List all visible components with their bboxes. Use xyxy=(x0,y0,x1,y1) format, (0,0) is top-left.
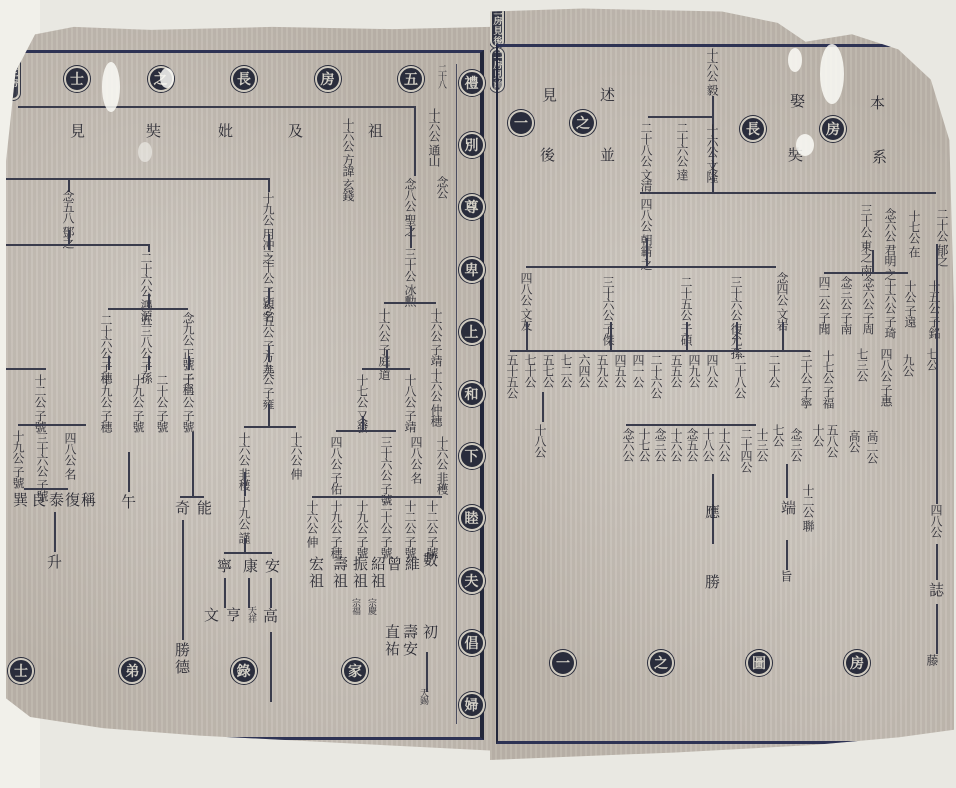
connector-line xyxy=(192,432,194,496)
genealogy-node: 十六公 伸 xyxy=(290,432,302,479)
genealogy-node: 三十六公 子號 xyxy=(36,432,48,501)
genealogy-node: 十九公 謹 xyxy=(238,496,250,543)
genealogy-node: 二十公 郁之 xyxy=(936,208,948,266)
connector-line xyxy=(872,250,874,272)
connector-line xyxy=(244,426,296,428)
paper-damage xyxy=(138,142,152,162)
header-char: 妣 xyxy=(218,124,235,139)
leaf-name: 振祖 xyxy=(352,556,367,590)
generation-node: 四八公 xyxy=(706,354,718,387)
leaf-name: 宗慶 xyxy=(366,598,375,614)
genealogy-node: 三十六公 子號 xyxy=(380,436,392,505)
paper-damage xyxy=(820,44,844,104)
genealogy-node: 十六公 子琦 xyxy=(884,280,896,338)
genealogy-node: 四八公 名 xyxy=(410,436,422,483)
paper-damage xyxy=(796,134,814,156)
seal-glyph: 別 xyxy=(459,132,485,158)
generation-node: 二十八公 xyxy=(734,354,746,398)
leaf-name: 康 xyxy=(242,558,257,575)
connector-line xyxy=(362,368,410,370)
right-bottom-seals: 一 之 圖 房 xyxy=(550,650,870,676)
leaf-name: 旨 xyxy=(780,570,792,581)
generation-node: 念五公 xyxy=(686,428,698,461)
leaf-name: 能 xyxy=(196,500,211,517)
connector-line xyxy=(384,302,436,304)
connector-line xyxy=(936,604,938,654)
leaf-name: 壽祖 xyxy=(332,556,347,590)
connector-line xyxy=(24,488,68,490)
genealogy-node: 十七公 在 xyxy=(908,210,920,257)
seal-glyph: 下 xyxy=(459,443,485,469)
paper-damage xyxy=(160,68,174,88)
connector-line xyxy=(362,416,364,430)
generation-node: 十三公 xyxy=(756,428,768,461)
connector-line xyxy=(782,322,784,350)
generation-node: 十八公 xyxy=(702,428,714,461)
connector-line xyxy=(268,288,270,304)
generation-node: 十七公 子福 xyxy=(822,350,834,408)
leaf-name: 升 xyxy=(46,554,61,571)
genealogy-node: 十六公 非穫 xyxy=(436,436,448,494)
generation-node: 念三公 xyxy=(790,428,802,461)
leaf-name: 十八公 xyxy=(534,424,546,457)
generation-node: 十七公 xyxy=(638,428,650,461)
connector-line xyxy=(148,244,150,252)
genealogy-node: 十九公 子號 xyxy=(132,374,144,432)
seal-glyph: 弟 xyxy=(119,658,145,684)
generation-node: 十六公 xyxy=(718,428,730,461)
generation-node: 四一公 xyxy=(632,354,644,387)
connector-line xyxy=(108,356,110,370)
connector-line xyxy=(526,266,776,268)
generation-node: 五七公 xyxy=(542,354,554,387)
header-char: 及 xyxy=(288,124,305,139)
generation-node: 五九公 xyxy=(596,354,608,387)
connector-line xyxy=(248,578,250,608)
connector-line xyxy=(18,106,414,108)
genealogy-node: 十六公 子靖 xyxy=(430,308,442,366)
header-char: 本 xyxy=(870,96,887,111)
genealogy-node: 十六公 通山 xyxy=(428,108,440,166)
genealogy-node: 十九公 子號 xyxy=(12,430,24,488)
connector-line xyxy=(268,404,270,426)
genealogy-node: 三十公 東之 南 xyxy=(860,204,872,276)
genealogy-node: 十公 子遠 xyxy=(904,280,916,327)
leaf-name: 亨 xyxy=(226,608,243,623)
seal-glyph: 一 xyxy=(508,110,534,136)
generation-node: 五五公 xyxy=(670,354,682,387)
header-char: 奘 xyxy=(146,124,163,139)
connector-line xyxy=(6,244,148,246)
genealogy-node: 五三八公 子孫 xyxy=(140,314,152,383)
connector-line xyxy=(410,226,412,248)
connector-line xyxy=(414,106,416,176)
header-char: 後 xyxy=(540,148,557,163)
generation-node: 十六公 xyxy=(670,428,682,461)
connector-line xyxy=(268,234,270,250)
seal-glyph: 士 xyxy=(8,658,34,684)
connector-line xyxy=(224,552,272,554)
seal-glyph: 房 xyxy=(820,116,846,142)
seal-glyph: 錄 xyxy=(231,658,257,684)
leaf-name: 誌 xyxy=(928,582,943,599)
generation-node: 五十五公 xyxy=(506,354,518,398)
genealogy-node: 三十六公 子傑 xyxy=(602,276,614,345)
generation-node: 念三公 xyxy=(654,428,666,461)
connector-line xyxy=(786,464,788,498)
seal-glyph: 長 xyxy=(740,116,766,142)
generation-node: 七十公 xyxy=(524,354,536,387)
leaf-name: 四八公 xyxy=(930,504,942,537)
header-char: 見 xyxy=(542,88,559,103)
generation-node: 高二公 xyxy=(866,430,878,463)
genealogy-node: 念六公 子周 xyxy=(862,276,874,334)
genealogy-node: 二十公 子號 xyxy=(380,500,392,558)
connector-line xyxy=(180,496,204,498)
seal-glyph: 和 xyxy=(459,381,485,407)
generation-node: 七三公 xyxy=(856,348,868,381)
connector-line xyxy=(244,538,246,552)
genealogy-node: 十六公 伸 xyxy=(306,500,318,547)
leaf-name: 壽安 xyxy=(402,624,417,658)
seal-glyph: 之 xyxy=(570,110,596,136)
generation-node: 四九公 xyxy=(688,354,700,387)
connector-line xyxy=(68,230,70,244)
header-char: 述 xyxy=(600,88,617,103)
genealogy-node: 十二公 子號 xyxy=(426,500,438,558)
generation-node: 高公 xyxy=(848,430,860,452)
leaf-name: 復 xyxy=(64,492,79,509)
generation-node: 四八公 子惠 xyxy=(880,348,892,406)
connector-line xyxy=(786,540,788,570)
generation-node: 二十公 xyxy=(768,354,780,387)
leaf-name: 午 xyxy=(120,494,135,511)
header-char: 見 xyxy=(70,124,87,139)
header-char: 娶 xyxy=(790,94,807,109)
connector-line xyxy=(270,578,272,608)
leaf-name: 奇 xyxy=(174,500,189,517)
leaf-name: 巽 xyxy=(12,492,27,509)
connector-line xyxy=(824,272,908,274)
left-page: 士 之 長 房 五 二十八 見 奘 妣 及 祖 長房 十六公 通山 十六公 方諱… xyxy=(6,12,490,758)
connector-line xyxy=(268,178,270,192)
connector-line xyxy=(936,244,938,504)
seal-glyph: 圖 xyxy=(746,650,772,676)
genealogy-node: 十二公 子號 xyxy=(404,500,416,558)
header-char: 並 xyxy=(600,148,617,163)
seal-glyph: 房 xyxy=(315,66,341,92)
paper-damage xyxy=(788,48,802,72)
seal-glyph: 上 xyxy=(459,319,485,345)
connector-line xyxy=(646,238,648,266)
leaf-name: 直祐 xyxy=(384,624,399,658)
connector-line xyxy=(268,346,270,362)
leaf-name: 數 xyxy=(422,552,437,569)
genealogy-node: 九公 子雍 xyxy=(262,362,274,409)
genealogy-node: 二十六公 鴻源 xyxy=(140,252,152,321)
genealogy-node: 十六公 仲穗 xyxy=(430,368,442,426)
genealogy-node: 十九公 子穗 xyxy=(100,374,112,432)
connector-line xyxy=(188,356,190,370)
genealogy-node: 二十六公 子穗 xyxy=(100,314,112,383)
generation-node: 五八公 xyxy=(826,424,838,457)
leaf-name: 安 xyxy=(264,558,279,575)
connector-line xyxy=(648,116,712,118)
connector-line xyxy=(54,512,56,552)
connector-line xyxy=(148,294,150,308)
connector-line xyxy=(610,322,612,350)
connector-line xyxy=(312,496,442,498)
genealogy-node: 三十公 冰勲 xyxy=(404,248,416,306)
leaf-name: 應 xyxy=(704,504,719,521)
seal-glyph: 長 xyxy=(231,66,257,92)
genealogy-node: 十二公 子號 xyxy=(182,374,194,432)
seal-glyph: 倡 xyxy=(459,630,485,656)
generation-node: 二十四公 xyxy=(740,428,752,472)
generation-node: 四五公 xyxy=(614,354,626,387)
connector-line xyxy=(148,356,150,370)
genealogy-node: 二十八公 文清 xyxy=(640,122,652,191)
generation-node: 二十六公 xyxy=(650,354,662,398)
connector-line xyxy=(736,322,738,350)
page-number-note: 二十八 xyxy=(436,64,445,88)
genealogy-node: 四二公 子聞 xyxy=(818,276,830,334)
generation-node: 十公 xyxy=(812,424,824,446)
leaf-name: 勝 xyxy=(704,574,719,591)
generation-node: 三十公 子寧 xyxy=(800,350,812,408)
right-page: 禮 別 尊 卑 上 和 下 睦 夫 見 述 後 並 娶 奘 本 系 一 之 長 … xyxy=(490,4,954,760)
genealogy-node: 二十六公 達 xyxy=(676,122,688,180)
connector-line xyxy=(6,368,46,370)
connector-line xyxy=(128,452,130,492)
seal-glyph: 卑 xyxy=(459,257,485,283)
seal-glyph: 婦 xyxy=(459,692,485,718)
genealogy-node: 十九公 子穗 xyxy=(330,500,342,558)
seal-glyph: 禮 xyxy=(459,70,485,96)
connector-line xyxy=(182,520,184,640)
genealogy-node: 念六公 君明 之 xyxy=(884,208,896,280)
left-gutter-seals: 禮 別 尊 卑 上 和 下 睦 夫 倡 婦 xyxy=(456,64,486,724)
connector-line xyxy=(526,322,528,350)
leaf-name: 維 xyxy=(404,556,419,573)
genealogy-node: 十八公 子靖 xyxy=(404,374,416,432)
seal-glyph: 士 xyxy=(64,66,90,92)
connector-line xyxy=(686,322,688,350)
generation-node: 七二公 xyxy=(560,354,572,387)
genealogy-node: 四八公 名 xyxy=(64,432,76,479)
connector-line xyxy=(626,424,756,426)
generation-node: 六四公 xyxy=(578,354,590,387)
generation-node: 九公 xyxy=(902,354,914,376)
genealogy-node: 十六公 文隆 xyxy=(706,124,718,182)
leaf-name: 曾 xyxy=(386,556,401,573)
leaf-name: 文 xyxy=(204,608,221,623)
connector-line xyxy=(244,472,246,496)
connector-line xyxy=(936,544,938,580)
genealogy-node: 十二公 聯 xyxy=(802,484,814,531)
left-bottom-seals: 士 弟 錄 家 xyxy=(8,658,368,684)
leaf-name: 初 xyxy=(422,624,437,641)
leaf-name: 藤 xyxy=(926,654,938,665)
connector-line xyxy=(542,392,544,422)
paper-damage xyxy=(102,62,120,112)
connector-line xyxy=(224,578,226,608)
connector-line xyxy=(18,424,86,426)
seal-glyph: 尊 xyxy=(459,194,485,220)
leaf-name: 泰 xyxy=(48,492,63,509)
leaf-name: 宗福 xyxy=(350,598,359,614)
leaf-name: 良 xyxy=(30,492,45,509)
leaf-name: 寧 xyxy=(216,558,231,575)
header-char: 系 xyxy=(872,150,889,165)
genealogy-node: 四八公 子佑 xyxy=(330,436,342,494)
genealogy-node: 十六公 方諱 玄錢 xyxy=(342,118,354,201)
connector-line xyxy=(426,652,428,692)
genealogy-node: 念三公 子南 xyxy=(840,276,852,334)
genealogy-node: 十九公 子號 xyxy=(356,500,368,558)
header-char: 祖 xyxy=(368,124,385,139)
leaf-name: 天錫 xyxy=(418,688,427,704)
connector-line xyxy=(386,350,388,368)
seal-glyph: 之 xyxy=(648,650,674,676)
connector-line xyxy=(6,178,268,180)
seal-glyph: 房 xyxy=(844,650,870,676)
leaf-name: 稱 xyxy=(80,492,95,509)
seal-glyph: 一 xyxy=(550,650,576,676)
connector-line xyxy=(510,350,810,352)
genealogy-node: 二十公 子號 xyxy=(156,374,168,432)
connector-line xyxy=(640,192,936,194)
seal-glyph: 睦 xyxy=(459,505,485,531)
leaf-name: 端 xyxy=(780,500,795,517)
seal-glyph: 家 xyxy=(342,658,368,684)
leaf-name: 天祥 xyxy=(246,606,255,622)
connector-line xyxy=(108,308,188,310)
genealogy-node: 念公 xyxy=(436,176,448,198)
leaf-name: 紹祖 xyxy=(370,556,385,590)
genealogy-node: 十六公 毅 xyxy=(706,48,718,95)
connector-line xyxy=(336,430,396,432)
generation-node: 念六公 xyxy=(622,428,634,461)
seal-glyph: 五 xyxy=(398,66,424,92)
generation-node: 七公 xyxy=(772,424,784,446)
leaf-name: 高 xyxy=(262,608,277,625)
genealogy-node: 十五公 子銘 xyxy=(928,280,940,338)
leaf-name: 宏祖 xyxy=(308,556,323,590)
seal-glyph: 夫 xyxy=(459,568,485,594)
